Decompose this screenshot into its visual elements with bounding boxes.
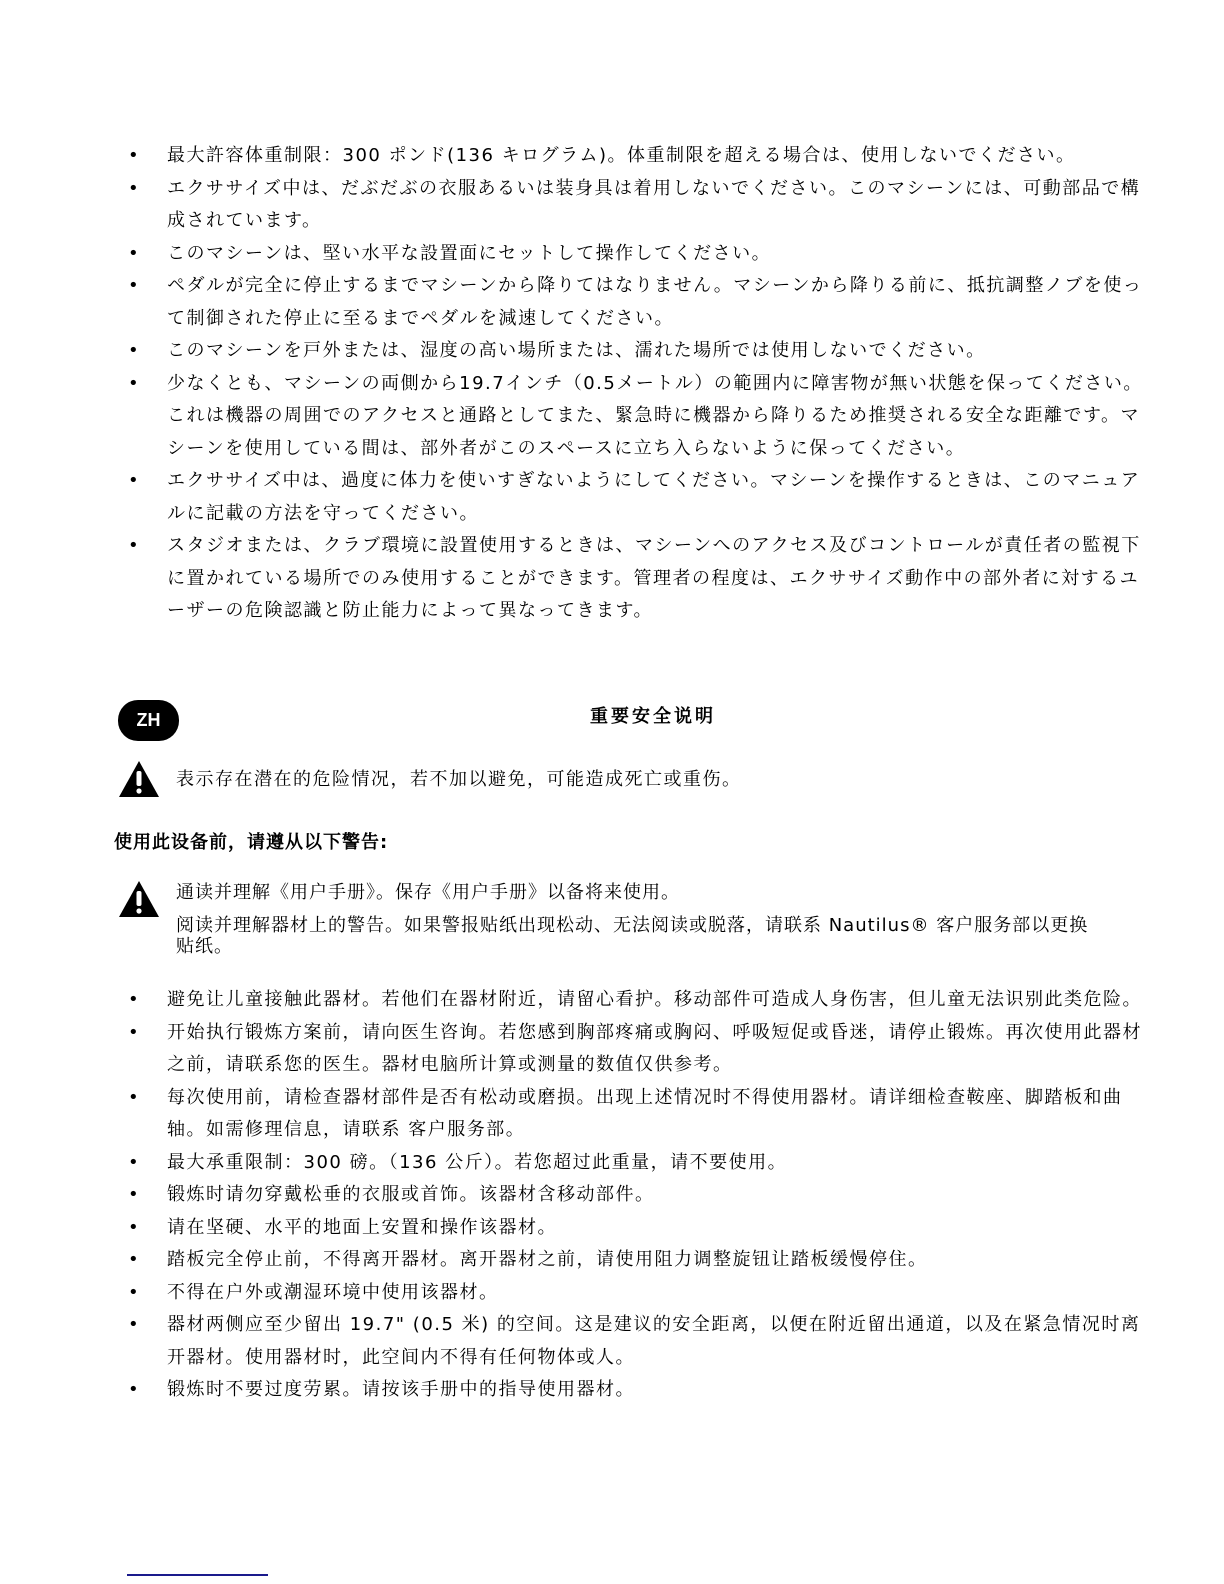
bullet-icon: • bbox=[128, 1082, 140, 1115]
bullet-icon: • bbox=[128, 1147, 140, 1180]
list-item-text: エクササイズ中は、だぶだぶの衣服あるいは装身具は着用しないでください。このマシー… bbox=[167, 178, 1140, 232]
list-item-text: 少なくとも、マシーンの両側から19.7インチ（0.5メートル）の範囲内に障害物が… bbox=[167, 373, 1143, 459]
language-badge: ZH bbox=[118, 700, 179, 741]
section-subheading: 使用此设备前，请遵从以下警告: bbox=[114, 828, 388, 854]
list-item: •このマシーンを戸外または、湿度の高い場所または、濡れた場所では使用しないでくだ… bbox=[0, 335, 1224, 368]
bullet-icon: • bbox=[128, 368, 140, 401]
bullet-icon: • bbox=[128, 984, 140, 1017]
list-item-text: エクササイズ中は、過度に体力を使いすぎないようにしてください。マシーンを操作する… bbox=[167, 470, 1140, 524]
list-item-text: 器材两侧应至少留出 19.7" (0.5 米) 的空间。这是建议的安全距离，以便… bbox=[167, 1314, 1140, 1368]
bullet-icon: • bbox=[128, 1244, 140, 1277]
list-item-text: 踏板完全停止前，不得离开器材。离开器材之前，请使用阻力调整旋钮让踏板缓慢停住。 bbox=[167, 1249, 928, 1270]
list-item-text: 开始执行锻炼方案前，请向医生咨询。若您感到胸部疼痛或胸闷、呼吸短促或昏迷，请停止… bbox=[167, 1022, 1142, 1076]
list-item: •ペダルが完全に停止するまでマシーンから降りてはなりません。マシーンから降りる前… bbox=[0, 270, 1224, 335]
list-item: •エクササイズ中は、過度に体力を使いすぎないようにしてください。マシーンを操作す… bbox=[0, 465, 1224, 530]
bullet-icon: • bbox=[128, 270, 140, 303]
list-item-text: 锻炼时不要过度劳累。请按该手册中的指导使用器材。 bbox=[167, 1379, 635, 1400]
list-item: •锻炼时不要过度劳累。请按该手册中的指导使用器材。 bbox=[0, 1374, 1224, 1407]
bullet-icon: • bbox=[128, 238, 140, 271]
bullet-icon: • bbox=[128, 140, 140, 173]
list-item-text: 每次使用前，请检查器材部件是否有松动或磨损。出现上述情况时不得使用器材。请详细检… bbox=[167, 1087, 1123, 1141]
list-item: •不得在户外或潮湿环境中使用该器材。 bbox=[0, 1277, 1224, 1310]
list-item: •最大許容体重制限：300 ポンド(136 キログラム)。体重制限を超える場合は… bbox=[0, 140, 1224, 173]
footnote-divider bbox=[127, 1574, 268, 1576]
list-item-text: ペダルが完全に停止するまでマシーンから降りてはなりません。マシーンから降りる前に… bbox=[167, 275, 1142, 329]
bullet-icon: • bbox=[128, 1017, 140, 1050]
bullet-icon: • bbox=[128, 1374, 140, 1407]
chinese-safety-list: •避免让儿童接触此器材。若他们在器材附近，请留心看护。移动部件可造成人身伤害，但… bbox=[0, 984, 1224, 1407]
bullet-icon: • bbox=[128, 1179, 140, 1212]
list-item: •少なくとも、マシーンの両側から19.7インチ（0.5メートル）の範囲内に障害物… bbox=[0, 368, 1224, 466]
japanese-safety-list: •最大許容体重制限：300 ポンド(136 キログラム)。体重制限を超える場合は… bbox=[0, 140, 1224, 628]
list-item: •エクササイズ中は、だぶだぶの衣服あるいは装身具は着用しないでください。このマシ… bbox=[0, 173, 1224, 238]
list-item: •踏板完全停止前，不得离开器材。离开器材之前，请使用阻力调整旋钮让踏板缓慢停住。 bbox=[0, 1244, 1224, 1277]
bullet-icon: • bbox=[128, 530, 140, 563]
list-item-text: スタジオまたは、クラブ環境に設置使用するときは、マシーンへのアクセス及びコントロ… bbox=[167, 535, 1141, 621]
list-item-text: このマシーンを戸外または、湿度の高い場所または、濡れた場所では使用しないでくださ… bbox=[167, 340, 986, 361]
list-item: •最大承重限制：300 磅。（136 公斤）。若您超过此重量，请不要使用。 bbox=[0, 1147, 1224, 1180]
bullet-icon: • bbox=[128, 1309, 140, 1342]
list-item: •このマシーンは、堅い水平な設置面にセットして操作してください。 bbox=[0, 238, 1224, 271]
bullet-icon: • bbox=[128, 335, 140, 368]
label-warning: 阅读并理解器材上的警告。如果警报贴纸出现松动、无法阅读或脱落，请联系 Nauti… bbox=[176, 915, 1106, 957]
list-item-text: 避免让儿童接触此器材。若他们在器材附近，请留心看护。移动部件可造成人身伤害，但儿… bbox=[167, 989, 1142, 1010]
section-title: 重要安全说明 bbox=[590, 702, 716, 728]
list-item: •锻炼时请勿穿戴松垂的衣服或首饰。该器材含移动部件。 bbox=[0, 1179, 1224, 1212]
list-item: •开始执行锻炼方案前，请向医生咨询。若您感到胸部疼痛或胸闷、呼吸短促或昏迷，请停… bbox=[0, 1017, 1224, 1082]
list-item: •请在坚硬、水平的地面上安置和操作该器材。 bbox=[0, 1212, 1224, 1245]
list-item-text: 不得在户外或潮湿环境中使用该器材。 bbox=[167, 1282, 499, 1303]
list-item-text: このマシーンは、堅い水平な設置面にセットして操作してください。 bbox=[167, 243, 771, 264]
bullet-icon: • bbox=[128, 465, 140, 498]
list-item-text: 请在坚硬、水平的地面上安置和操作该器材。 bbox=[167, 1217, 557, 1238]
list-item: •器材两侧应至少留出 19.7" (0.5 米) 的空间。这是建议的安全距离，以… bbox=[0, 1309, 1224, 1374]
manual-warning: 通读并理解《用户手册》。保存《用户手册》以备将来使用。 bbox=[176, 878, 680, 904]
list-item: •避免让儿童接触此器材。若他们在器材附近，请留心看护。移动部件可造成人身伤害，但… bbox=[0, 984, 1224, 1017]
warning-triangle-icon bbox=[118, 880, 160, 918]
warning-triangle-icon bbox=[118, 760, 160, 798]
bullet-icon: • bbox=[128, 1277, 140, 1310]
list-item-text: 锻炼时请勿穿戴松垂的衣服或首饰。该器材含移动部件。 bbox=[167, 1184, 655, 1205]
bullet-icon: • bbox=[128, 1212, 140, 1245]
warning-definition: 表示存在潜在的危险情况，若不加以避免，可能造成死亡或重伤。 bbox=[176, 765, 742, 791]
list-item-text: 最大承重限制：300 磅。（136 公斤）。若您超过此重量，请不要使用。 bbox=[167, 1152, 787, 1173]
bullet-icon: • bbox=[128, 173, 140, 206]
list-item: •スタジオまたは、クラブ環境に設置使用するときは、マシーンへのアクセス及びコント… bbox=[0, 530, 1224, 628]
list-item-text: 最大許容体重制限：300 ポンド(136 キログラム)。体重制限を超える場合は、… bbox=[167, 145, 1076, 166]
list-item: •每次使用前，请检查器材部件是否有松动或磨损。出现上述情况时不得使用器材。请详细… bbox=[0, 1082, 1224, 1147]
